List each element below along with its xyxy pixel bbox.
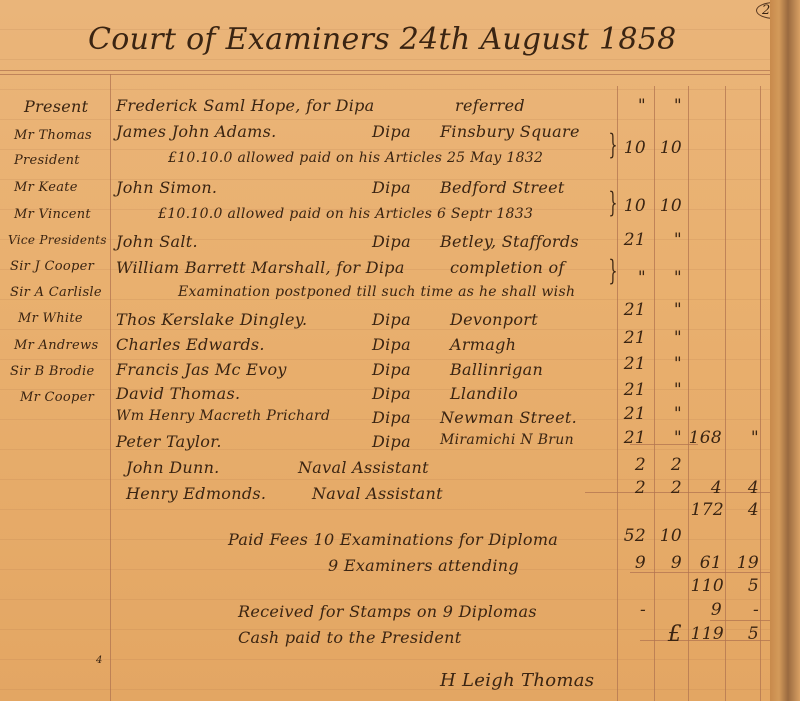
candidate-name: Henry Edmonds. xyxy=(126,484,266,503)
fee-col2: " xyxy=(648,380,682,400)
fee-col1: 21 xyxy=(612,428,646,448)
fees-col2: 10 xyxy=(648,526,682,546)
fees-label: Paid Fees 10 Examinations for Diploma xyxy=(228,530,558,549)
candidate-place: Bedford Street xyxy=(440,178,565,197)
candidate-name: James John Adams. xyxy=(116,122,277,141)
fee-col2: 2 xyxy=(648,478,682,498)
header-rule xyxy=(0,70,770,71)
stamps-label: Received for Stamps on 9 Diplomas xyxy=(238,602,537,621)
header-rule-2 xyxy=(0,74,770,75)
fee-col2: " xyxy=(648,428,682,448)
candidate-place: Miramichi N Brun xyxy=(440,432,574,448)
fee-col3: 168 xyxy=(688,428,722,448)
fee-col2: 10 xyxy=(648,138,682,158)
fee-col1: 21 xyxy=(612,380,646,400)
candidate-diploma: Naval Assistant xyxy=(298,458,429,477)
page-title: Court of Examiners 24th August 1858 xyxy=(88,22,677,57)
cash-currency: £ xyxy=(648,622,682,647)
stamps-col3: 9 xyxy=(688,600,722,620)
candidate-place: Devonport xyxy=(450,310,538,329)
fee-col2: " xyxy=(648,328,682,348)
candidate-name: John Dunn. xyxy=(126,458,220,477)
ledger-page: 225 Court of Examiners 24th August 1858 … xyxy=(0,0,770,701)
candidate-diploma: Dipa xyxy=(372,122,411,141)
candidate-place: Ballinrigan xyxy=(450,360,543,379)
candidate-name: David Thomas. xyxy=(116,384,240,403)
stamps-col1: - xyxy=(612,600,646,620)
candidate-diploma: Naval Assistant xyxy=(312,484,443,503)
fee-col1: 2 xyxy=(612,455,646,475)
fees-col1: 52 xyxy=(612,526,646,546)
book-spine xyxy=(770,0,800,701)
candidate-status: referred xyxy=(455,96,525,115)
candidate-place: Llandilo xyxy=(450,384,518,403)
candidate-place: Finsbury Square xyxy=(440,122,580,141)
entry-note: £10.10.0 allowed paid on his Articles 6 … xyxy=(158,206,533,222)
present-member: Mr White xyxy=(18,311,83,326)
fee-col2: 2 xyxy=(648,455,682,475)
fee-col2: " xyxy=(648,230,682,250)
entry-note: £10.10.0 allowed paid on his Articles 25… xyxy=(168,150,543,166)
present-member: President xyxy=(14,153,80,168)
candidate-name: Francis Jas Mc Evoy xyxy=(116,360,287,379)
fee-col2: " xyxy=(648,354,682,374)
present-member: Vice Presidents xyxy=(8,233,107,247)
cash-col3: 119 xyxy=(690,624,724,644)
fee-col4: 4 xyxy=(725,478,759,498)
candidate-diploma: Dipa xyxy=(372,432,411,451)
candidate-place: Betley, Staffords xyxy=(440,232,579,251)
present-member: Mr Vincent xyxy=(14,207,91,222)
candidate-diploma: Dipa xyxy=(372,232,411,251)
examiners-label: 9 Examiners attending xyxy=(328,556,519,575)
fee-col1: 21 xyxy=(612,328,646,348)
candidate-place: Newman Street. xyxy=(440,408,577,427)
candidate-name: Peter Taylor. xyxy=(116,432,222,451)
balance-col3: 110 xyxy=(690,576,724,596)
fee-col1: 10 xyxy=(612,196,646,216)
candidate-diploma: Dipa xyxy=(372,360,411,379)
subtotal-col4: 4 xyxy=(725,500,759,520)
present-member: Sir A Carlisle xyxy=(10,285,102,300)
candidate-place: Armagh xyxy=(450,335,516,354)
fee-col4: " xyxy=(725,428,759,448)
balance-col4: 5 xyxy=(725,576,759,596)
present-member: Sir J Cooper xyxy=(10,259,94,274)
examiners-col1: 9 xyxy=(612,553,646,573)
candidate-name: William Barrett Marshall, for Dipa xyxy=(116,258,405,277)
candidate-name: Thos Kerslake Dingley. xyxy=(116,310,307,329)
fee-col1: 21 xyxy=(612,230,646,250)
candidate-diploma: Dipa xyxy=(372,335,411,354)
present-member: Mr Thomas xyxy=(14,128,92,143)
candidate-diploma: Dipa xyxy=(372,178,411,197)
margin-rule xyxy=(110,74,111,701)
fee-col1: 21 xyxy=(612,354,646,374)
candidate-name: Wm Henry Macreth Prichard xyxy=(116,408,330,424)
fee-col2: 10 xyxy=(648,196,682,216)
candidate-name: John Simon. xyxy=(116,178,217,197)
fee-col1: 2 xyxy=(612,478,646,498)
fee-col2: " xyxy=(648,300,682,320)
stamps-col4: - xyxy=(725,600,759,620)
candidate-name: John Salt. xyxy=(116,232,198,251)
entry-note: Examination postponed till such time as … xyxy=(178,284,575,300)
column-rule-5 xyxy=(760,86,761,701)
present-member: Mr Keate xyxy=(14,180,78,195)
fee-col2: " xyxy=(648,268,682,288)
candidate-place: completion of xyxy=(450,258,565,277)
present-member: Mr Cooper xyxy=(20,390,94,405)
fee-col1: 10 xyxy=(612,138,646,158)
examiners-col3: 61 xyxy=(688,553,722,573)
fee-col3: 4 xyxy=(688,478,722,498)
subtotal-col3: 172 xyxy=(690,500,724,520)
cash-col4: 5 xyxy=(725,624,759,644)
present-member: Sir B Brodie xyxy=(10,364,94,379)
candidate-name: Frederick Saml Hope, for Dipa xyxy=(116,96,375,115)
examiners-col2: 9 xyxy=(648,553,682,573)
signature: H Leigh Thomas xyxy=(440,670,594,691)
present-heading: Present xyxy=(24,97,88,116)
fee-col1: " xyxy=(612,96,646,116)
fee-col2: " xyxy=(648,96,682,116)
fee-col2: " xyxy=(648,404,682,424)
candidate-diploma: Dipa xyxy=(372,310,411,329)
total-rule-4 xyxy=(710,620,770,621)
candidate-diploma: Dipa xyxy=(372,408,411,427)
examiners-col4: 19 xyxy=(725,553,759,573)
fee-col1: 21 xyxy=(612,404,646,424)
candidate-diploma: Dipa xyxy=(372,384,411,403)
margin-mark: 4 xyxy=(96,655,103,666)
fee-col1: " xyxy=(612,268,646,288)
fee-col1: 21 xyxy=(612,300,646,320)
present-member: Mr Andrews xyxy=(14,338,98,353)
cash-label: Cash paid to the President xyxy=(238,628,462,647)
candidate-name: Charles Edwards. xyxy=(116,335,265,354)
